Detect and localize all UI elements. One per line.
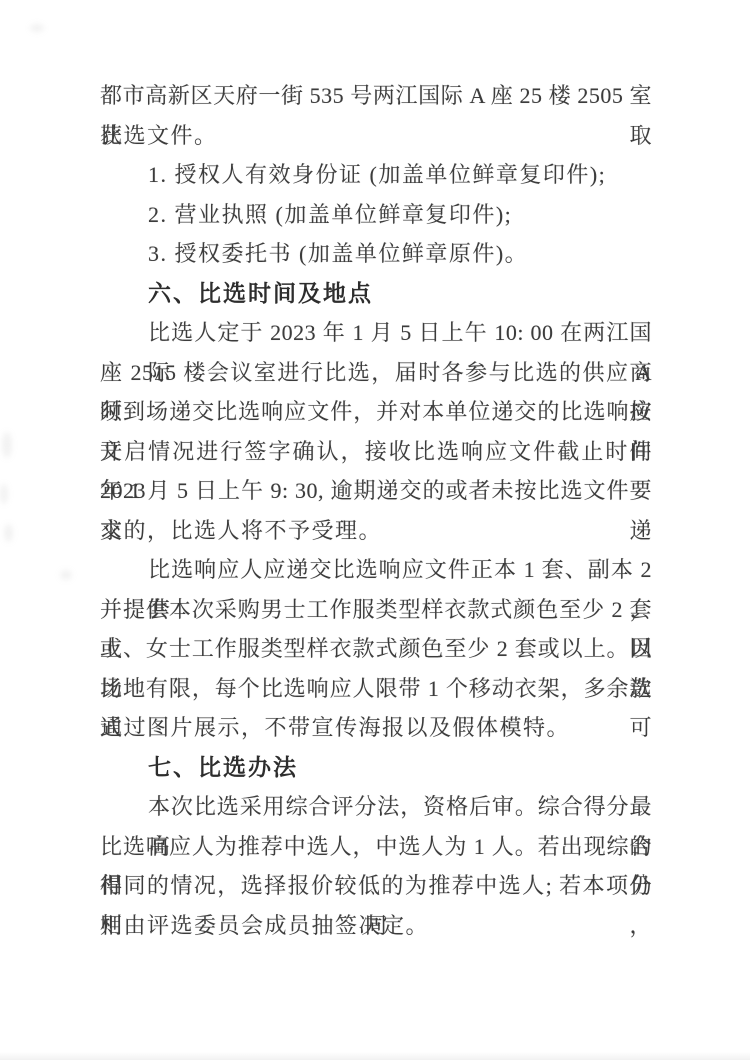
body-line: 本次比选采用综合评分法，资格后审。综合得分最高的	[100, 787, 652, 827]
body-line: 年 1 月 5 日上午 9: 30, 逾期递交的或者未按比选文件要求递	[100, 471, 652, 511]
body-line: 比选响应人为推荐中选人，中选人为 1 人。若出现综合得分	[100, 827, 652, 867]
body-line: 座 2515 楼会议室进行比选，届时各参与比选的供应商须按	[100, 353, 652, 393]
list-item-3: 3. 授权委托书 (加盖单位鲜章原件)。	[100, 234, 652, 274]
scanned-document-page: 都市高新区天府一街 535 号两江国际 A 座 25 楼 2505 室获取 比选…	[100, 76, 652, 945]
body-line: 上、女士工作服类型样衣款式颜色至少 2 套或以上。因比选	[100, 629, 652, 669]
body-line: 开启情况进行签字确认，接收比选响应文件截止时间 2023	[100, 432, 652, 472]
scan-smudge	[4, 524, 13, 542]
scanned-document: { "colors": { "background": "#ffffff", "…	[0, 0, 750, 1060]
scan-smudge	[30, 24, 44, 32]
body-line: 比选人定于 2023 年 1 月 5 日上午 10: 00 在两江国际 A	[100, 313, 652, 353]
section-heading-six: 六、比选时间及地点	[100, 274, 652, 314]
body-line: 时到场递交比选响应文件，并对本单位递交的比选响应文件	[100, 392, 652, 432]
scan-smudge	[0, 484, 8, 504]
scan-smudge	[2, 432, 12, 458]
body-line: 比选响应人应递交比选响应文件正本 1 套、副本 2 套，	[100, 550, 652, 590]
list-item-2: 2. 营业执照 (加盖单位鲜章复印件);	[100, 195, 652, 235]
page-bottom-shadow	[0, 1052, 750, 1060]
body-line: 通过图片展示，不带宣传海报以及假体模特。	[100, 708, 652, 748]
scan-smudge	[60, 570, 72, 580]
list-item-1: 1. 授权人有效身份证 (加盖单位鲜章复印件);	[100, 155, 652, 195]
section-heading-seven: 七、比选办法	[100, 748, 652, 788]
body-line: 并提供本次采购男士工作服类型样衣款式颜色至少 2 套或以	[100, 590, 652, 630]
body-line: 都市高新区天府一街 535 号两江国际 A 座 25 楼 2505 室获取	[100, 76, 652, 116]
body-line: 场地有限，每个比选响应人限带 1 个移动衣架，多余款式可	[100, 669, 652, 709]
body-line: 相同的情况，选择报价较低的为推荐中选人; 若本项仍相同，	[100, 866, 652, 906]
